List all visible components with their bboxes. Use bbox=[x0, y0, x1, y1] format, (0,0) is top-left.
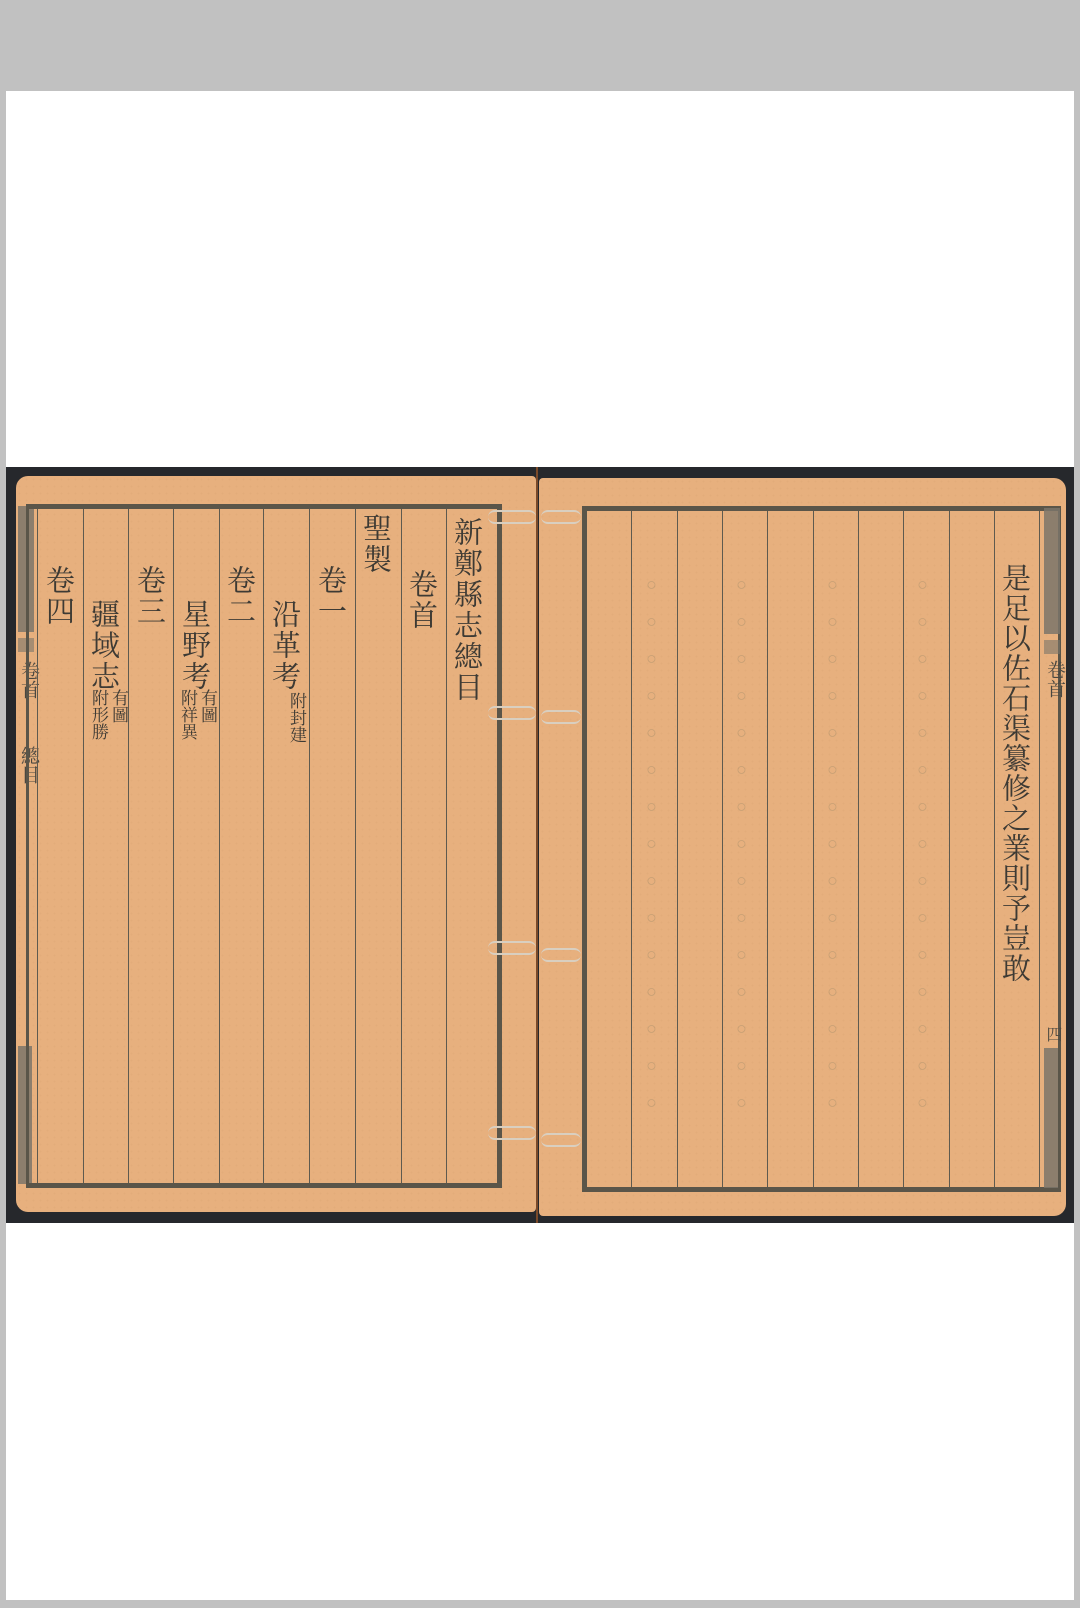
toc-entry-yange-kao: 沿革考 bbox=[270, 599, 299, 692]
toc-entry-juan-2: 卷二 bbox=[225, 565, 254, 627]
toc-note-fu-xiangyi: 附祥異 bbox=[178, 689, 195, 740]
toc-note-fu-xingsheng: 附形勝 bbox=[89, 689, 106, 740]
right-page-frame: ◦◦◦◦◦◦◦◦◦◦◦◦◦◦◦ ◦◦◦◦◦◦◦◦◦◦◦◦◦◦◦ ◦◦◦◦◦◦◦◦… bbox=[582, 506, 1061, 1192]
toc-entry-juan-1: 卷一 bbox=[316, 565, 345, 627]
binding-thread bbox=[488, 510, 536, 524]
right-page: ◦◦◦◦◦◦◦◦◦◦◦◦◦◦◦ ◦◦◦◦◦◦◦◦◦◦◦◦◦◦◦ ◦◦◦◦◦◦◦◦… bbox=[539, 478, 1066, 1216]
bleed-through-text: ◦◦◦◦◦◦◦◦◦◦◦◦◦◦◦ bbox=[819, 571, 846, 1126]
binding-thread bbox=[541, 1133, 581, 1147]
toc-entry-jiangyu-zhi: 疆域志 bbox=[89, 599, 118, 692]
scanned-book-spread: 卷首 總目 新鄭縣志總目 卷首 聖製 卷一 沿革考 附封建 卷二 星野考 有圖 … bbox=[6, 467, 1074, 1223]
fold-fishtail bbox=[1044, 640, 1060, 654]
margin-label-volume: 卷首 bbox=[1042, 660, 1069, 698]
left-page-frame: 新鄭縣志總目 卷首 聖製 卷一 沿革考 附封建 卷二 星野考 有圖 附祥異 卷三… bbox=[26, 504, 502, 1188]
toc-entry-sheng-zhi: 聖製 bbox=[361, 513, 390, 575]
fold-marker-bottom bbox=[1044, 1048, 1058, 1188]
bleed-through-text: ◦◦◦◦◦◦◦◦◦◦◦◦◦◦◦ bbox=[909, 571, 936, 1126]
fold-marker-top bbox=[1044, 508, 1060, 634]
bleed-through-text: ◦◦◦◦◦◦◦◦◦◦◦◦◦◦◦ bbox=[638, 571, 665, 1126]
toc-note-fu-fengjian: 附封建 bbox=[287, 692, 304, 743]
binding-thread bbox=[488, 941, 536, 955]
toc-entry-xingye-kao: 星野考 bbox=[180, 599, 209, 692]
book-gutter bbox=[536, 467, 538, 1223]
bleed-through-text: ◦◦◦◦◦◦◦◦◦◦◦◦◦◦◦ bbox=[728, 571, 755, 1126]
toc-note-you-tu: 有圖 bbox=[198, 689, 215, 723]
binding-thread bbox=[541, 510, 581, 524]
binding-thread bbox=[541, 948, 581, 962]
binding-thread bbox=[488, 1126, 536, 1140]
toc-entry-juan-4: 卷四 bbox=[44, 565, 73, 627]
book-title: 新鄭縣志總目 bbox=[452, 517, 481, 703]
page-number: 四 bbox=[1042, 1026, 1065, 1042]
left-page: 卷首 總目 新鄭縣志總目 卷首 聖製 卷一 沿革考 附封建 卷二 星野考 有圖 … bbox=[16, 476, 536, 1212]
binding-thread bbox=[541, 710, 581, 724]
body-text-column: 是足以佐石渠纂修之業則予豈敢 bbox=[1000, 563, 1029, 983]
toc-entry-juan-shou: 卷首 bbox=[407, 569, 436, 631]
toc-note-you-tu-2: 有圖 bbox=[109, 689, 126, 723]
binding-thread bbox=[488, 706, 536, 720]
toc-entry-juan-3: 卷三 bbox=[135, 565, 164, 627]
